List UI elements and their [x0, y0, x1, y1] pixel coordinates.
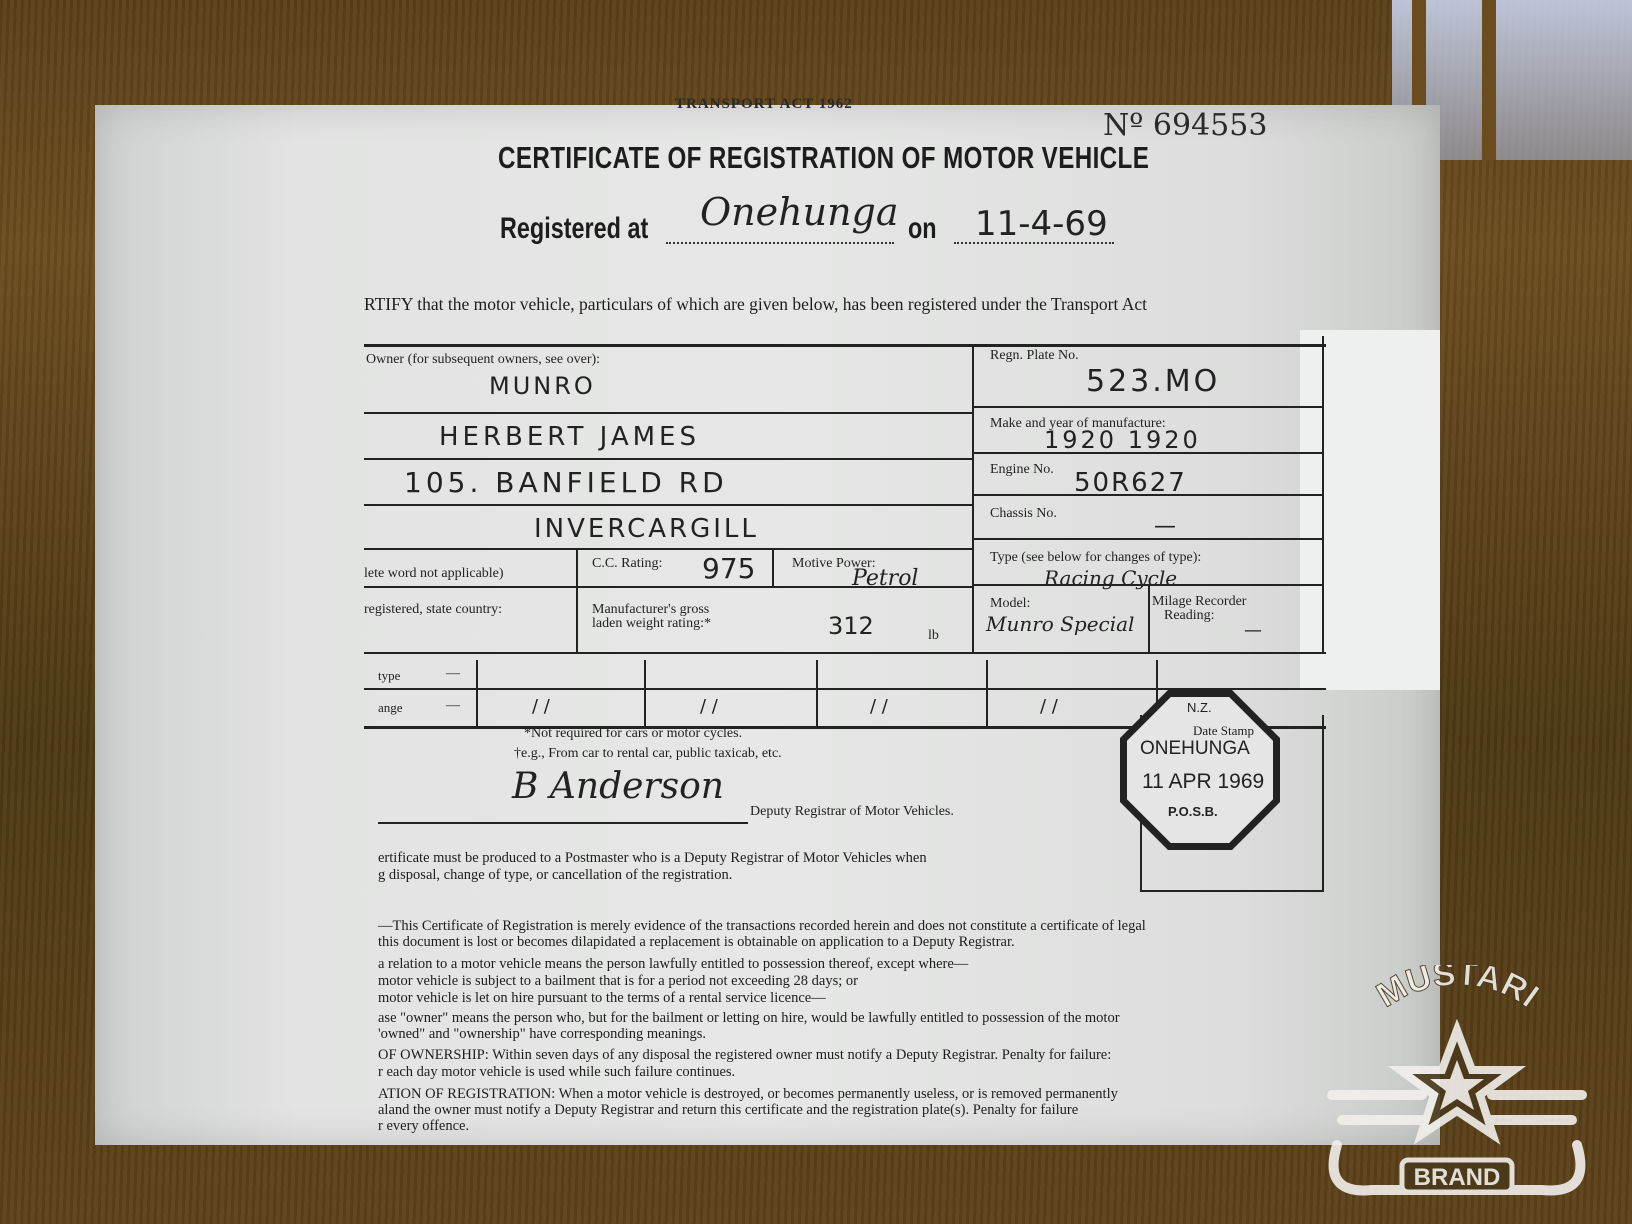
certify-statement: RTIFY that the motor vehicle, particular…	[364, 294, 1147, 315]
row-line	[364, 586, 972, 588]
registration-date-value: 11-4-69	[975, 204, 1108, 244]
col-line	[772, 548, 774, 586]
row-line	[364, 458, 972, 460]
milage-label-2: Reading:	[1164, 608, 1215, 624]
gross-weight-unit: lb	[928, 628, 939, 644]
engine-label: Engine No.	[990, 462, 1054, 478]
change-range-dash: —	[446, 698, 460, 714]
stamp-code: P.O.S.B.	[1168, 804, 1218, 819]
row-line	[364, 412, 972, 414]
row-line	[972, 452, 1322, 454]
act-header: TRANSPORT ACT 1962	[675, 96, 853, 113]
registration-form: Owner (for subsequent owners, see over):…	[364, 344, 1326, 726]
date-slashes: / /	[1040, 696, 1058, 717]
watermark-brand-text: BRAND	[1414, 1164, 1501, 1191]
svg-text:MUSTARI: MUSTARI	[1370, 965, 1545, 1015]
type-label: Type (see below for changes of type):	[990, 550, 1201, 566]
col-line	[1148, 584, 1150, 652]
row-line	[364, 688, 1326, 690]
registered-place-value: Onehunga	[700, 190, 899, 234]
change-type-dash: —	[446, 666, 460, 682]
owner-definition-5: 'owned" and "ownership" have correspondi…	[378, 1026, 706, 1043]
model-label: Model:	[990, 596, 1030, 612]
number-value: 694553	[1153, 108, 1268, 143]
signature-line	[378, 822, 748, 824]
owner-definition-1: a relation to a motor vehicle means the …	[378, 956, 968, 973]
registrar-signature: B Anderson	[512, 766, 724, 807]
registered-at-label: Registered at	[500, 212, 648, 246]
plate-label: Regn. Plate No.	[990, 348, 1079, 364]
row-line	[364, 504, 972, 506]
row-line	[972, 538, 1322, 540]
owner-label: Owner (for subsequent owners, see over):	[366, 352, 600, 368]
instruction-produce-2: g disposal, change of type, or cancellat…	[378, 867, 732, 884]
cancellation-1: ATION OF REGISTRATION: When a motor vehi…	[378, 1086, 1118, 1103]
col-line	[986, 660, 988, 726]
row-line	[972, 406, 1322, 408]
number-prefix: Nº	[1103, 108, 1143, 143]
date-slashes: / /	[700, 696, 718, 717]
stamp-date: 11 APR 1969	[1142, 770, 1264, 794]
milage-value: —	[1244, 620, 1262, 641]
row-line	[364, 548, 972, 550]
star-wings-icon: MUSTARI BRAND	[1312, 965, 1602, 1205]
col-line	[476, 660, 478, 726]
registered-country-label: registered, state country:	[364, 602, 502, 618]
owner-definition-3: motor vehicle is let on hire pursuant to…	[378, 990, 826, 1007]
gross-weight-label-2: laden weight rating:*	[592, 616, 711, 632]
make-year-value: 1920 1920	[1044, 426, 1201, 454]
instruction-evidence-1: —This Certificate of Registration is mer…	[378, 918, 1146, 935]
model-value: Munro Special	[986, 612, 1134, 636]
delete-word-label: lete word not applicable)	[364, 566, 504, 582]
signatory-title: Deputy Registrar of Motor Vehicles.	[750, 804, 954, 820]
footnote-2: †e.g., From car to rental car, public ta…	[514, 746, 782, 762]
stamp-office: ONEHUNGA	[1140, 738, 1250, 760]
row-line	[972, 494, 1322, 496]
gross-weight-value: 312	[828, 612, 874, 640]
cc-rating-label: C.C. Rating:	[592, 556, 662, 572]
on-label: on	[908, 212, 937, 246]
owner-definition-2: motor vehicle is subject to a bailment t…	[378, 973, 858, 990]
stamp-caption: Date Stamp	[1193, 723, 1254, 739]
owner-address-line-1: 105. BANFIELD RD	[404, 466, 728, 499]
stamp-country: N.Z.	[1187, 700, 1212, 715]
ownership-change-2: r each day motor vehicle is used while s…	[378, 1064, 735, 1081]
date-slashes: / /	[870, 696, 888, 717]
cancellation-3: r every offence.	[378, 1118, 469, 1135]
col-line	[644, 660, 646, 726]
form-right-border	[1322, 336, 1324, 652]
chassis-label: Chassis No.	[990, 506, 1057, 522]
document-title: CERTIFICATE OF REGISTRATION OF MOTOR VEH…	[498, 140, 1149, 176]
col-line	[576, 548, 578, 652]
change-type-label: type	[378, 668, 400, 684]
col-line	[816, 660, 818, 726]
form-top-border	[364, 344, 1326, 347]
watermark-logo: MUSTARI BRAND	[1312, 965, 1602, 1205]
row-line	[364, 652, 1326, 654]
plate-value: 523.MO	[1086, 364, 1220, 399]
footnote-1: *Not required for cars or motor cycles.	[524, 726, 742, 742]
form-middle-divider	[972, 344, 974, 652]
certificate-number: Nº 694553	[1103, 108, 1267, 143]
ownership-change-1: OF OWNERSHIP: Within seven days of any d…	[378, 1047, 1111, 1064]
instruction-evidence-2: this document is lost or becomes dilapid…	[378, 934, 1015, 951]
date-slashes: / /	[532, 696, 550, 717]
cc-rating-value: 975	[702, 552, 755, 585]
place-underline	[666, 242, 894, 244]
instruction-produce-1: ertificate must be produced to a Postmas…	[378, 850, 927, 867]
owner-given-names: HERBERT JAMES	[439, 422, 700, 452]
cancellation-2: aland the owner must notify a Deputy Reg…	[378, 1102, 1078, 1119]
change-range-label: ange	[378, 700, 403, 716]
row-line	[972, 584, 1322, 586]
owner-definition-4: ase "owner" means the person who, but fo…	[378, 1010, 1120, 1027]
chassis-value: —	[1154, 514, 1176, 539]
type-value: Racing Cycle	[1044, 566, 1177, 590]
owner-surname: MUNRO	[489, 372, 596, 400]
owner-address-line-2: INVERCARGILL	[534, 514, 759, 544]
